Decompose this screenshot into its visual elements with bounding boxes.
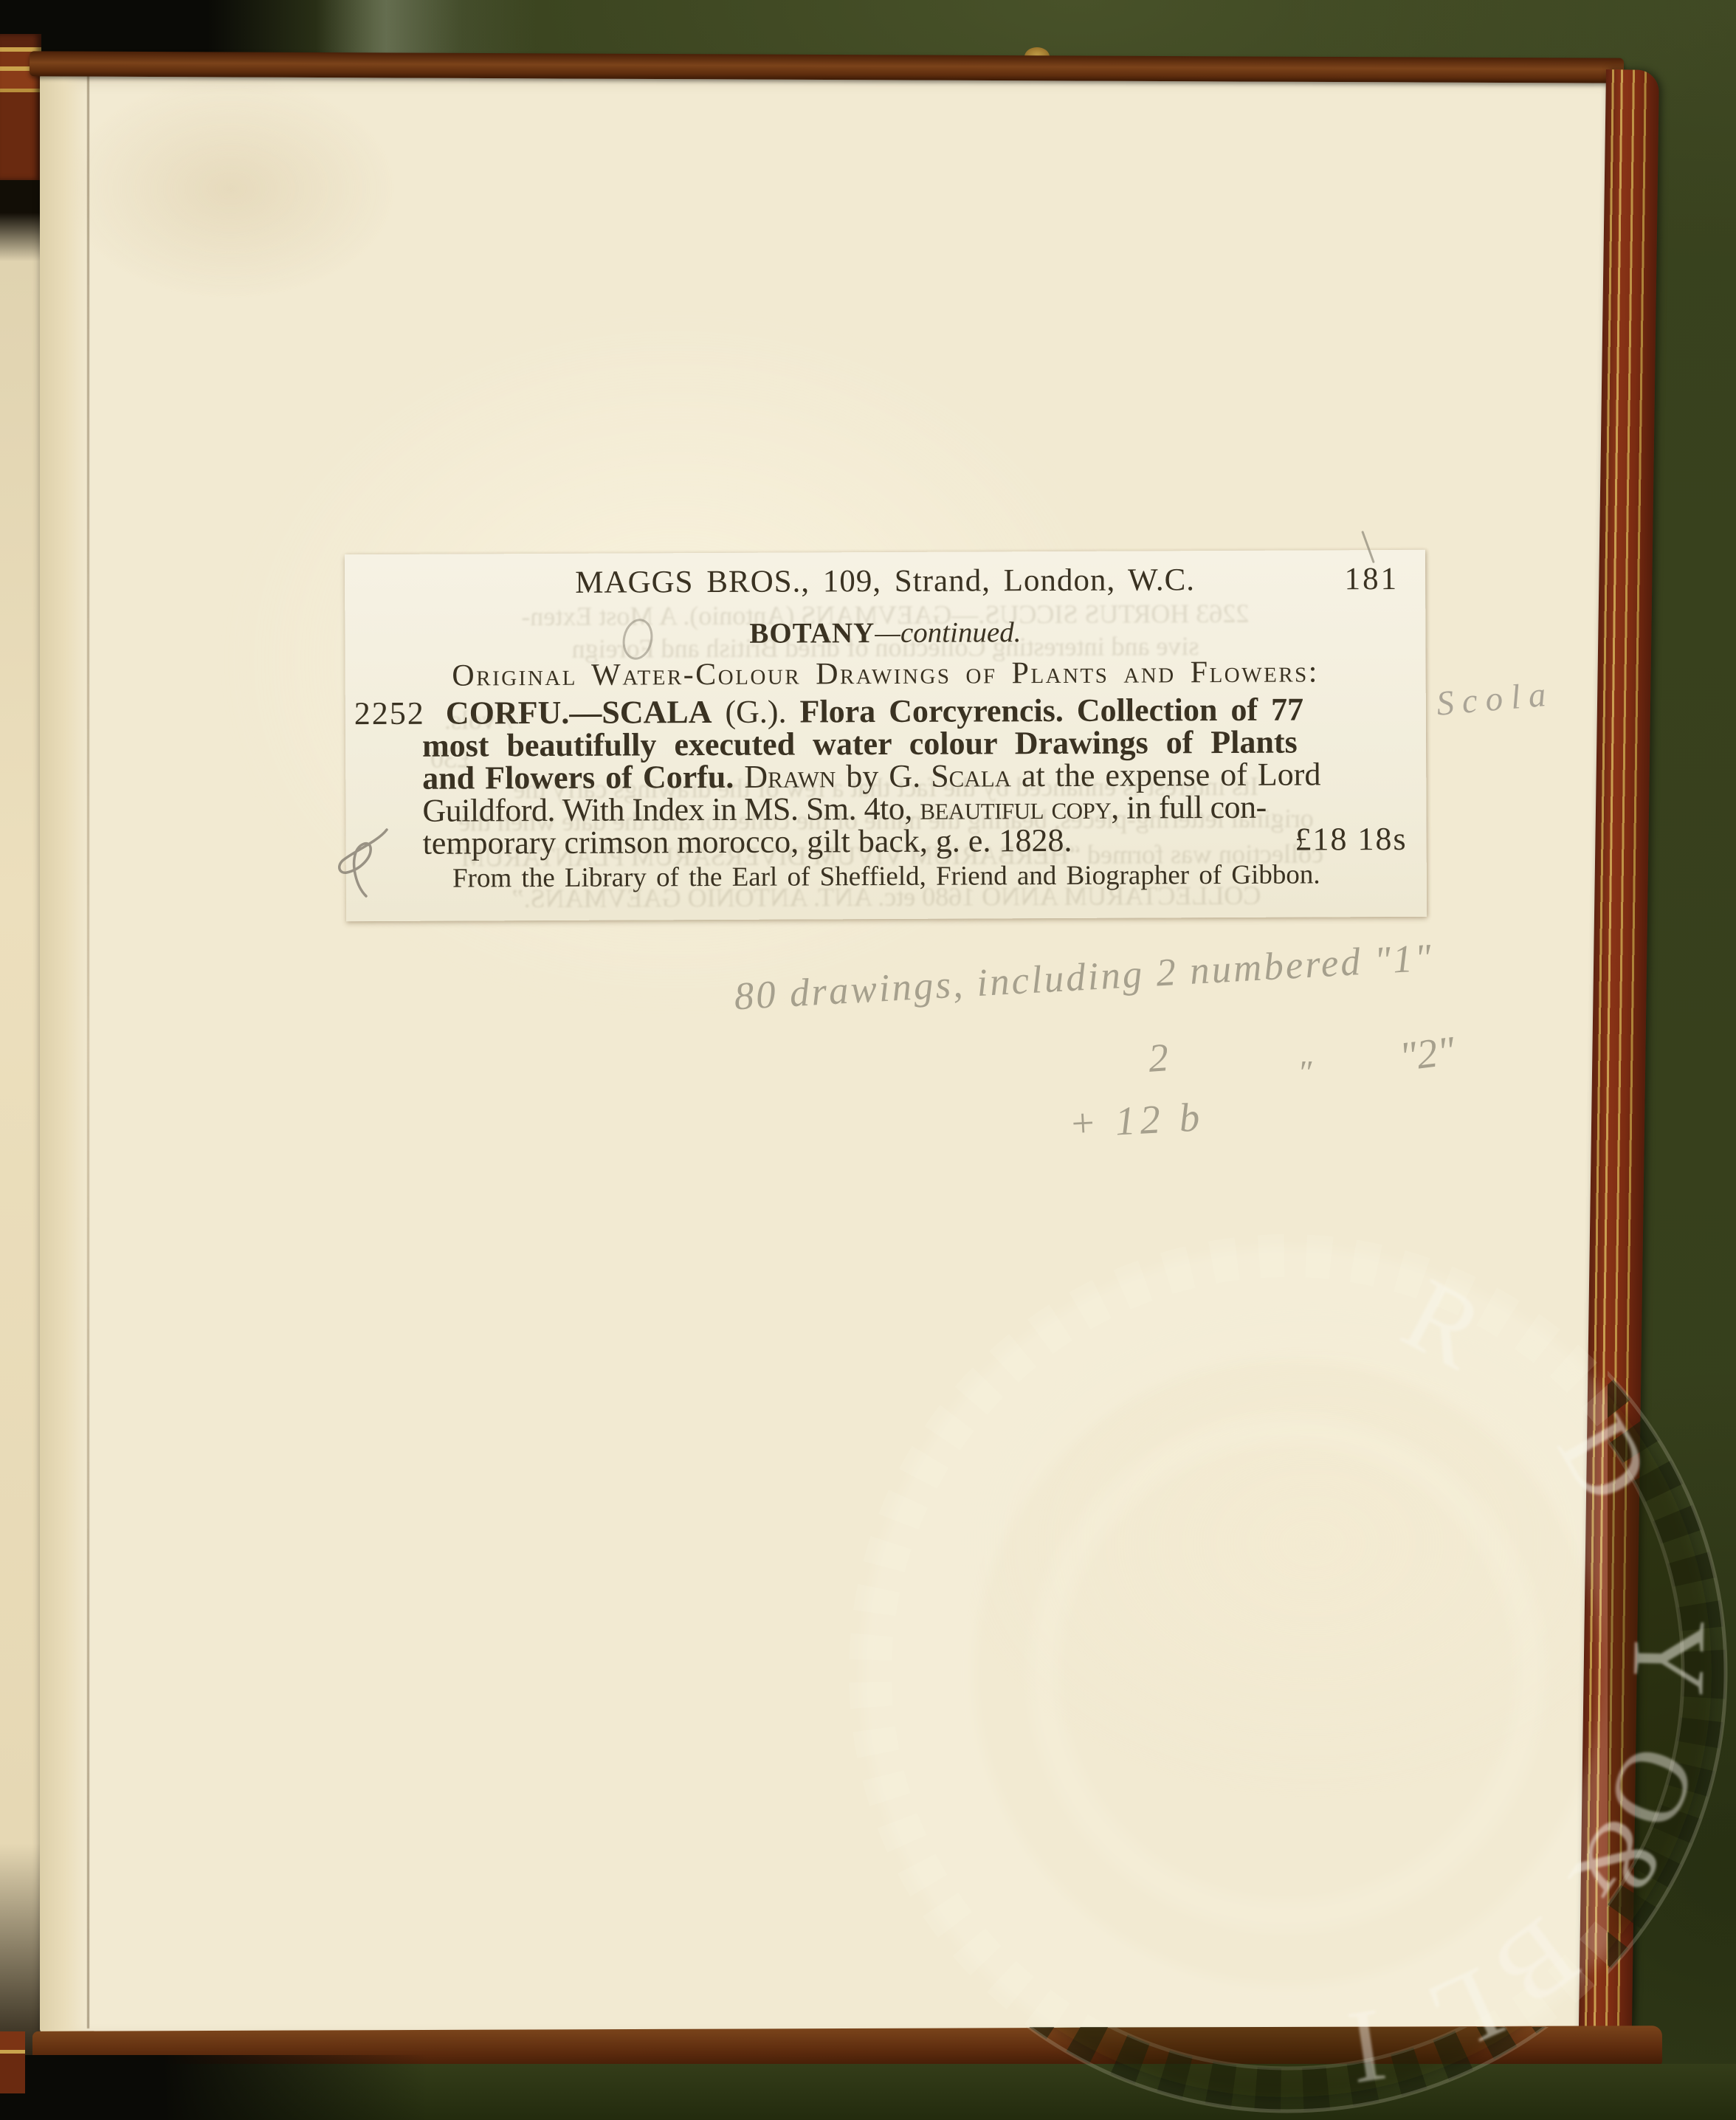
catalogue-page-number: 181 — [1344, 562, 1399, 597]
entry-text: at the expense of Lord — [1011, 756, 1321, 794]
entry-price: £18 18s — [1295, 823, 1407, 856]
pencil-squiggle-icon — [325, 825, 413, 906]
entry-number: 2252 — [354, 695, 425, 732]
entry-smallcaps: Scala — [931, 757, 1011, 794]
bottom-left-shadow — [0, 2055, 428, 2120]
entry-title: CORFU.—SCALA — [446, 694, 712, 732]
pencil-note-count-2: 2 — [1147, 1034, 1170, 1081]
entry-smallcaps: beautiful copy — [920, 790, 1111, 827]
subsection-heading: Original Water-Colour Drawings of Plants… — [345, 655, 1426, 693]
page-texture — [40, 71, 1631, 2034]
catalogue-entry: 2252CORFU.—SCALA (G.). Flora Corcyrencis… — [345, 693, 1427, 860]
bookseller-imprint: MAGGS BROS., 109, Strand, London, W.C. — [575, 562, 1195, 600]
pencil-ditto-mark: ″ — [1298, 1053, 1312, 1092]
entry-line: temporary crimson morocco, gilt back, g.… — [355, 823, 1413, 860]
album-page: 2263 HORTUS SICCUS.—GAEVMANS (Antonio). … — [40, 71, 1631, 2034]
entry-text: , in full con- — [1111, 789, 1267, 826]
pencil-note-plus-12b: + 12 b — [1067, 1093, 1205, 1146]
entry-line: Guildford. With Index in MS. Sm. 4to, be… — [354, 791, 1413, 827]
page-gutter — [40, 71, 93, 2034]
gutter-crease — [87, 74, 89, 2028]
entry-text: temporary crimson morocco, gilt back, g.… — [423, 822, 1072, 861]
entry-text: by G. — [836, 758, 931, 795]
catalogue-clipping: 2263 HORTUS SICCUS.—GAEVMANS (Antonio). … — [345, 550, 1427, 921]
entry-title: and Flowers of Corfu. — [422, 759, 744, 796]
section-title: BOTANY — [749, 617, 875, 650]
pencil-note-number-2: "2" — [1396, 1028, 1457, 1081]
entry-smallcaps: Drawn — [744, 758, 836, 795]
section-heading: BOTANY—continued. — [345, 615, 1425, 652]
book-photograph: 2263 HORTUS SICCUS.—GAEVMANS (Antonio). … — [0, 0, 1736, 2120]
page-stack-left-edge — [0, 174, 44, 2071]
provenance-note: From the Library of the Earl of Sheffiel… — [346, 860, 1427, 894]
entry-text: (G.). — [712, 694, 799, 731]
section-continued: —continued. — [875, 616, 1021, 649]
clipping-running-head: MAGGS BROS., 109, Strand, London, W.C. 1… — [345, 562, 1425, 602]
gilt-fore-edge-bottom-left — [0, 2031, 25, 2093]
